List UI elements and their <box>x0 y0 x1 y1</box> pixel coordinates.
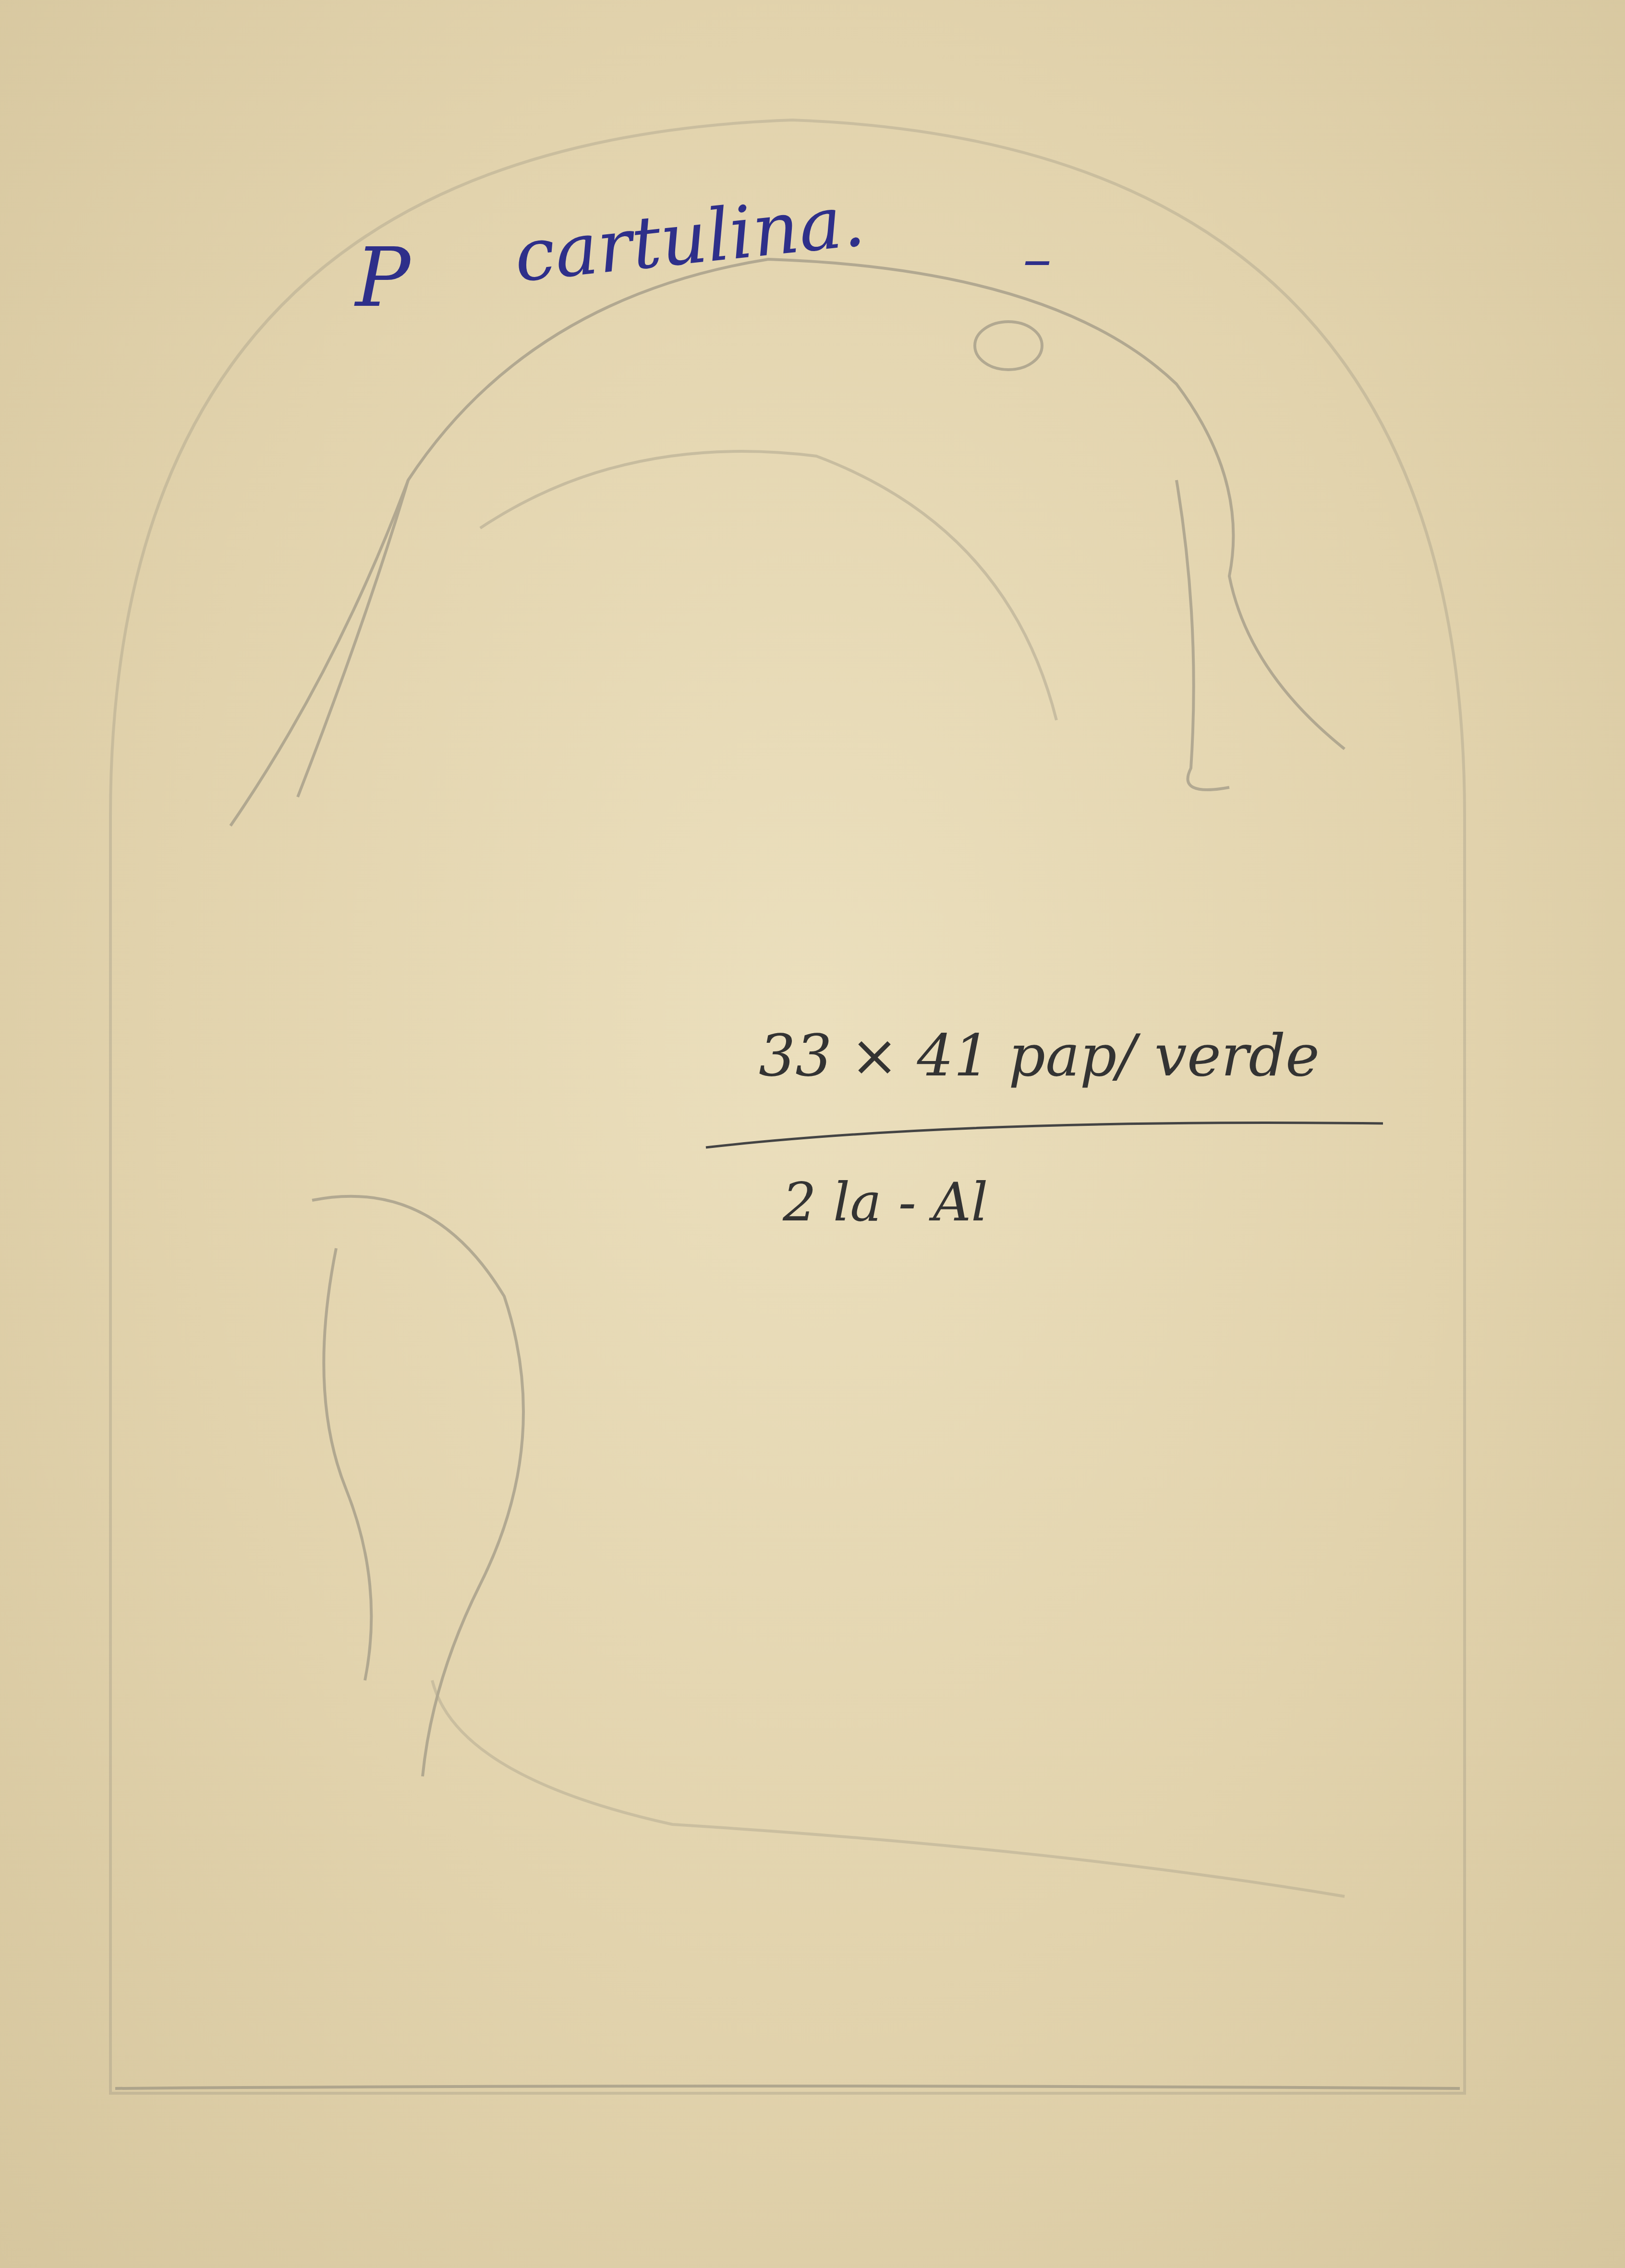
sketch-paper: P cartulina. – 33 × 41 pap/ verde 2 la -… <box>0 0 1625 2268</box>
handwritten-subline: 2 la - Al <box>783 1171 988 1233</box>
handwritten-mark: P <box>355 230 410 326</box>
handwritten-dimensions: 33 × 41 pap/ verde <box>759 1023 1320 1089</box>
handwritten-dash: – <box>1023 226 1052 292</box>
pencil-sketch <box>0 0 1625 2268</box>
